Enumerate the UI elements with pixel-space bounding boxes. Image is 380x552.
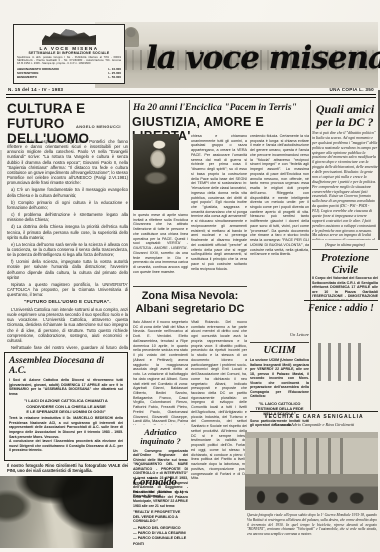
corinaldo-headline: Corinaldo [133,477,188,488]
dome-silhouette [123,27,139,47]
rate-value: L. 50.000 [108,75,121,79]
assemblea-diocesana-box: Assemblea Diocesana di A.C. I Soci di Az… [4,352,128,461]
facade-windows [256,438,349,474]
assemblea-headline: Assemblea Diocesana di A.C. [9,356,123,376]
column-rule [129,100,130,350]
paragraph: f) Uomini della scienza, impegnate tutta… [7,259,128,280]
adriatico-headline: Adriatico inquinato ? [133,428,188,447]
adriatico-headline-line2: inquinato ? [133,437,188,446]
paragraph: Nell'attuale fase del nostro vivere, gua… [7,345,128,350]
cultura-theme-quote: "FUTURO DELL'UOMO E CULTURA". [7,299,128,305]
pacem-kicker: Ha 20 anni l'Enciclica "Pacem in Terris" [133,103,310,113]
historic-street-photo [245,432,378,510]
paragraph: L'Università Cattolica non intende sottr… [7,307,128,343]
masthead-rule [6,94,376,98]
vecchia-senigallia-header: VECCHIA E CARA SENIGALLIA [250,411,378,420]
pacem-column-1: In questo mese di aprile siamo invitati … [133,213,188,283]
historic-photo-caption: Questa fotografia risale all'epoca subit… [247,513,377,550]
viale-dei-pini-photo [0,476,113,548]
paragraph: Ci sono delle espressioni degli ultimi P… [7,139,128,185]
zona-misa-headline-line1: Zona Misa Nevola: [133,290,247,303]
paper-subtitle: SETTIMANALE DI INFORMAZIONE SOCIALE [17,51,121,55]
masthead-logo-box: LA VOCE MISENA SETTIMANALE DI INFORMAZIO… [13,24,125,84]
paper-title: la voce misena [146,40,378,76]
albani-column-1: Italo Albani è il nuovo segretario DC di… [133,320,188,425]
uciim-headline: UCIIM [250,345,309,356]
continuation-note: (Segue in ultima pagina) [312,242,378,247]
corinaldo-item: — PARCO COMUNALE DELLE FONTI [133,536,188,547]
corinaldo-brief: Corinaldo Un dibattito pubblico si terrà… [133,477,188,547]
rate-label: BENEMERITO [17,75,37,79]
street-figures [245,485,378,505]
subscription-rates: ABBONAMENTO ORDINARIO L. 10.000 SOSTENIT… [17,67,121,79]
assemblea-intro: I Soci di Azione Cattolica della Diocesi… [9,378,123,396]
assemblea-body: Terrà la relazione introduttiva il Dr. M… [9,416,123,439]
paragraph: a) C'è un legame fondamentale tra il mes… [7,187,128,197]
scan-smudge-artifact [0,150,2,240]
viale-pini-note: Il nostro fotografo Rino Girolimetti ha … [7,463,128,474]
pacem-column-2: chiesa e chiamano unanimemente tutti gli… [191,134,247,284]
paragraph: c) Il problema dell'istruzione è stretta… [7,212,128,222]
assemblea-theme-line: E LE SPERANZE DEGLI UOMINI DI OGGI" [9,409,123,414]
issue-number: N. 15 del 14 - IV - 1983 [8,87,63,92]
paragraph: d) La dottrina della Chiesa insegna la p… [7,224,128,239]
masthead-fineprint: Spedizione in abb. postale Gruppo I bis … [17,56,121,66]
corinaldo-intro: Un dibattito pubblico si terrà nella Sal… [133,490,188,508]
assemblea-theme-line: "I LAICI DI AZIONE CATTOLICA CHIAMATI A [9,398,123,403]
newspaper-front-page: LA VOCE MISENA SETTIMANALE DI INFORMAZIO… [0,0,380,552]
dc-letter-headline-line2: per la DC ? [312,116,378,129]
paragraph: e) La tecnica dell'uomo sarà servile se … [7,242,128,257]
protezione-headline-line1: Protezione [312,252,378,264]
pope-john-xxiii-photo [133,134,179,210]
zona-misa-headline: Zona Misa Nevola: Albani segretario DC [133,286,247,315]
fenice-demolition-photo [303,315,378,409]
letter-signature: Un Lettore [250,332,309,337]
protezione-civile-headline: Protezione Civile [312,249,378,277]
cultura-byline: ANGELO MENGUCCI [76,124,121,129]
copy-price: UNA COPIA L. 350 [329,87,374,92]
dc-letter-headline: Quali amici per la DC ? [312,103,378,129]
building-windows [318,343,362,381]
protezione-civile-body: Il Corpo dei Volontari del Soccorso del … [312,276,378,300]
protezione-headline-line2: Civile [312,264,378,276]
corinaldo-theme: "REALTA' E PROSPETTIVE DEL VERDE PUBBLIC… [133,510,188,524]
assemblea-theme: "I LAICI DI AZIONE CATTOLICA CHIAMATI A … [9,398,123,414]
albani-column-2: Vitali Rolando. Del nuovo comitato entre… [191,320,247,548]
zona-misa-headline-line2: Albani segretario DC [133,303,247,316]
pacem-column-3: credendo fiducia. Certamente la via prop… [250,134,309,331]
assemblea-closing: A conclusione dei lavori l'Assemblea pro… [9,439,123,453]
dc-letter-body: Non si può dire che il "dibattito politi… [312,131,378,240]
rate-row: BENEMERITO L. 50.000 [17,75,121,79]
cultura-body: Ci sono delle espressioni degli ultimi P… [7,139,128,350]
uciim-body: La sezione UCIIM (Unione Cattolica Itali… [250,358,309,399]
castle-logo-image [42,27,96,45]
vecchia-senigallia-byline: A cura di Adrio Campanile e Rina Girolim… [250,422,378,427]
paragraph: Ispirata a questo magistero pontificio, … [7,282,128,297]
paragraph: b) Compito primario di ogni cultura è la… [7,200,128,210]
issue-line: N. 15 del 14 - IV - 1983 UNA COPIA L. 35… [8,87,374,92]
fenice-headline: Fenice : addio ! [304,300,378,314]
